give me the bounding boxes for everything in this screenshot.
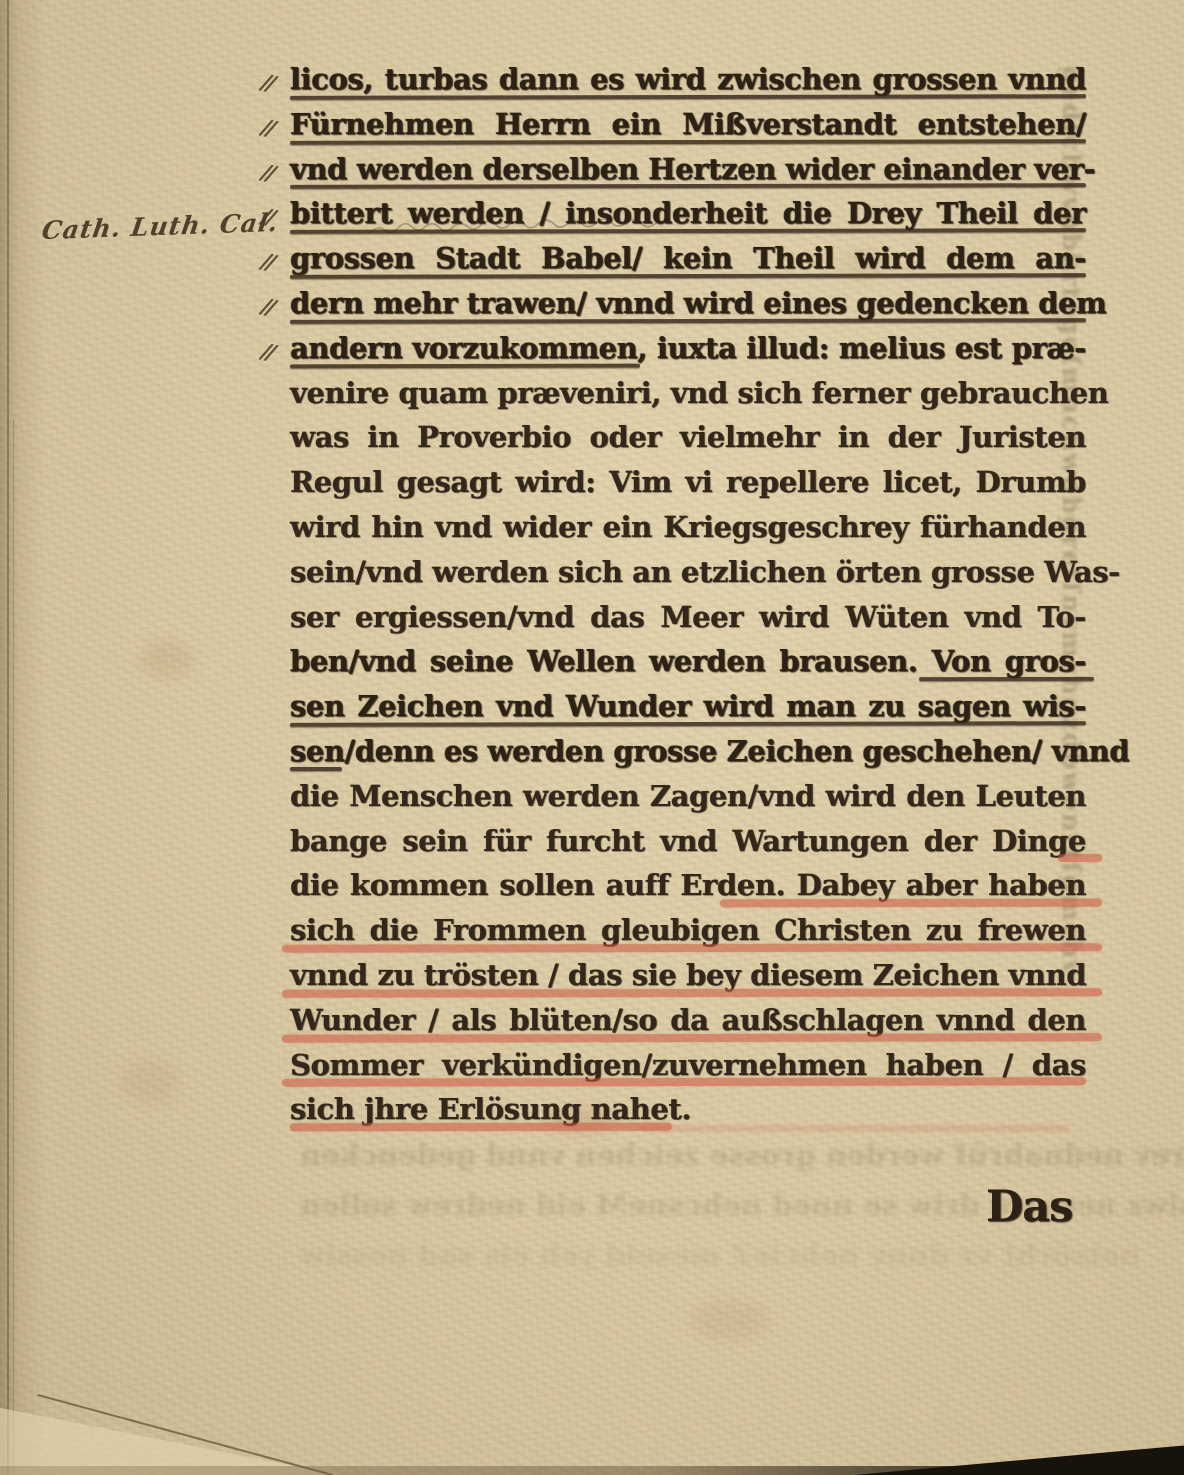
margin-quote-mark: //	[257, 150, 278, 196]
text-line: licos, turbas dann es wird zwischen gros…	[290, 57, 1086, 102]
scanned-book-page: gedſchwvnbkrtzgeſmnchwdbgretſnvmchgzdbwe…	[0, 0, 1184, 1475]
line-text: sich die Frommen gleubigen Christen zu f…	[290, 908, 1086, 953]
text-line: wird hin vnd wider ein Kriegsgeschrey fü…	[290, 505, 1086, 550]
catchword: Das	[986, 1182, 1072, 1232]
line-text: was in Proverbio oder vielmehr in der Ju…	[290, 415, 1086, 460]
margin-quote-mark: //	[257, 284, 278, 330]
line-text: sein/vnd werden sich an etzlichen örten …	[290, 550, 1086, 595]
line-text: sich jhre Erlösung nahet.	[290, 1087, 1086, 1132]
text-line: ben/vnd seine Wellen werden brausen. Von…	[290, 639, 1086, 684]
line-text: grossen Stadt Babel/ kein Theil wird dem…	[290, 236, 1086, 281]
line-text: bittert werden / insonderheit die Drey T…	[290, 191, 1086, 236]
text-line: Wunder / als blüten/so da außschlagen vn…	[290, 998, 1086, 1043]
foxing-spot	[690, 1300, 770, 1340]
text-line: Regul gesagt wird: Vim vi repellere lice…	[290, 460, 1086, 505]
margin-quote-mark: //	[257, 60, 278, 106]
text-line: Fürnehmen Herrn ein Mißverstandt entsteh…	[290, 102, 1086, 147]
line-text: ser ergiessen/vnd das Meer wird Wüten vn…	[290, 595, 1086, 640]
text-line: sen/denn es werden grosse Zeichen gesche…	[290, 729, 1086, 774]
text-line: Sommer verkündigen/zuvernehmen haben / d…	[290, 1043, 1086, 1088]
page-edge-line-lower	[13, 420, 14, 1475]
show-through-line: netsörht vz dnnv nehcieZ meseid yeb eis …	[300, 1238, 1141, 1272]
line-text: Wunder / als blüten/so da außschlagen vn…	[290, 998, 1086, 1043]
text-line: vnnd zu trösten / das sie bey diesem Zei…	[290, 953, 1086, 998]
line-text: andern vorzukommen, iuxta illud: melius …	[290, 326, 1086, 371]
text-line: andern vorzukommen, iuxta illud: melius …	[290, 326, 1086, 371]
text-line: sen Zeichen vnd Wunder wird man zu sagen…	[290, 684, 1086, 729]
text-line: sein/vnd werden sich an etzlichen örten …	[290, 550, 1086, 595]
foxing-spot	[140, 640, 194, 680]
text-line: grossen Stadt Babel/ kein Theil wird dem…	[290, 236, 1086, 281]
line-text: Fürnehmen Herrn ein Mißverstandt entsteh…	[290, 102, 1086, 147]
foxing-spot	[120, 1060, 180, 1104]
line-text: vnnd zu trösten / das sie bey diesem Zei…	[290, 953, 1086, 998]
line-text: venire quam præveniri, vnd sich ferner g…	[290, 371, 1086, 416]
text-line: bittert werden / insonderheit die Drey T…	[290, 191, 1086, 236]
line-text: sen/denn es werden grosse Zeichen gesche…	[290, 729, 1086, 774]
line-text: wird hin vnd wider ein Kriegsgeschrey fü…	[290, 505, 1086, 550]
text-block: licos, turbas dann es wird zwischen gros…	[290, 57, 1086, 1132]
margin-quote-mark: //	[257, 329, 278, 375]
text-line: die Menschen werden Zagen/vnd wird den L…	[290, 774, 1086, 819]
line-text: Regul gesagt wird: Vim vi repellere lice…	[290, 460, 1086, 505]
text-line: vnd werden derselben Hertzen wider einan…	[290, 147, 1086, 192]
line-text: dern mehr trawen/ vnnd wird eines gedenc…	[290, 281, 1086, 326]
line-text: bange sein für furcht vnd Wartungen der …	[290, 819, 1086, 864]
text-line: ser ergiessen/vnd das Meer wird Wüten vn…	[290, 595, 1086, 640]
line-text: licos, turbas dann es wird zwischen gros…	[290, 57, 1086, 102]
text-line: was in Proverbio oder vielmehr in der Ju…	[290, 415, 1086, 460]
line-text: sen Zeichen vnd Wunder wird man zu sagen…	[290, 684, 1086, 729]
margin-quote-mark: //	[257, 240, 278, 286]
line-text: vnd werden derselben Hertzen wider einan…	[290, 147, 1086, 192]
line-text: die Menschen werden Zagen/vnd wird den L…	[290, 774, 1086, 819]
text-line: sich jhre Erlösung nahet.	[290, 1087, 1086, 1132]
line-text: ben/vnd seine Wellen werden brausen. Von…	[290, 639, 1086, 684]
text-line: dern mehr trawen/ vnnd wird eines gedenc…	[290, 281, 1086, 326]
text-line: bange sein für furcht vnd Wartungen der …	[290, 819, 1086, 864]
line-text: Sommer verkündigen/zuvernehmen haben / d…	[290, 1043, 1086, 1088]
text-line: sich die Frommen gleubigen Christen zu f…	[290, 908, 1086, 953]
page-edge-line	[7, 0, 9, 1475]
text-line: die kommen sollen auff Erden. Dabey aber…	[290, 863, 1086, 908]
margin-quote-mark: //	[257, 105, 278, 151]
handwritten-margin-note: Cath. Luth. Cal.	[40, 208, 280, 245]
line-text: die kommen sollen auff Erden. Dabey aber…	[290, 863, 1086, 908]
text-line: venire quam præveniri, vnd sich ferner g…	[290, 371, 1086, 416]
show-through-line: gnudnifrev nednahrüf werden grosse zeich…	[300, 1138, 1184, 1172]
